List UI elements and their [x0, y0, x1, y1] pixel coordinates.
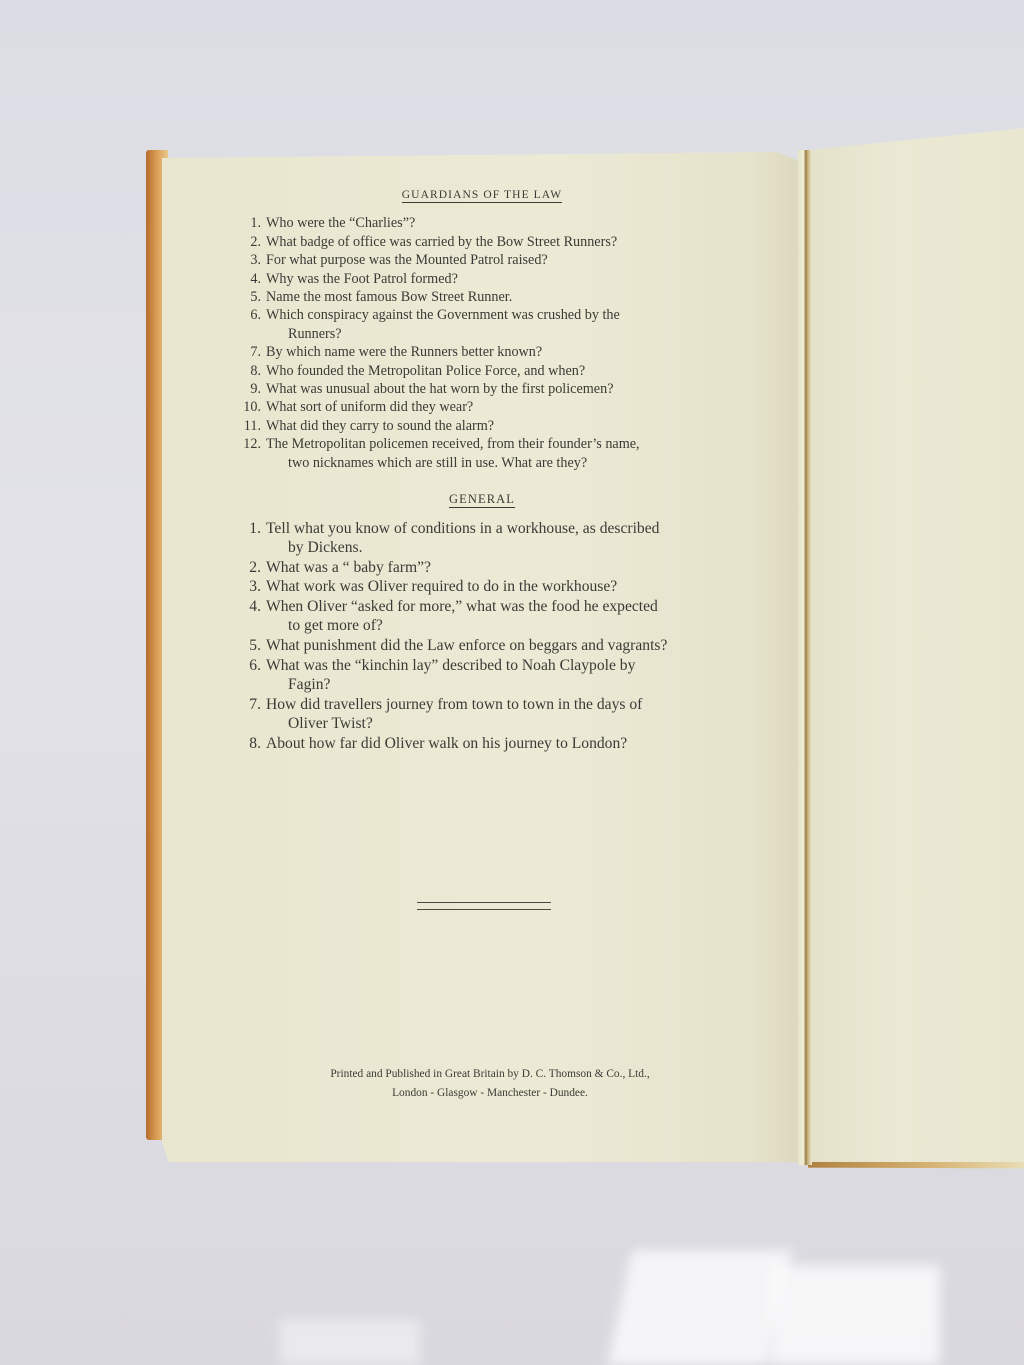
question-line: What work was Oliver required to do in t…	[266, 578, 617, 595]
question-continuation: Runners?	[266, 325, 742, 343]
question-number: 1.	[222, 519, 266, 539]
question-line: For what purpose was the Mounted Patrol …	[266, 252, 548, 268]
double-rule-divider	[417, 902, 551, 910]
question-text: What badge of office was carried by the …	[266, 233, 742, 251]
question-item: 3.What work was Oliver required to do in…	[222, 577, 762, 597]
question-number: 8.	[222, 734, 266, 754]
question-continuation: by Dickens.	[266, 538, 762, 558]
light-patch	[280, 1320, 420, 1365]
question-continuation: two nicknames which are still in use. Wh…	[266, 454, 742, 472]
question-list-guardians: 1.Who were the “Charlies”?2.What badge o…	[222, 214, 742, 472]
question-item: 1.Tell what you know of conditions in a …	[222, 519, 762, 558]
question-item: 4.When Oliver “asked for more,” what was…	[222, 597, 762, 636]
question-text: About how far did Oliver walk on his jou…	[266, 734, 762, 754]
question-text: What was unusual about the hat worn by t…	[266, 380, 742, 398]
question-number: 10.	[222, 398, 266, 416]
question-number: 5.	[222, 636, 266, 656]
question-text: What sort of uniform did they wear?	[266, 398, 742, 416]
question-text: What was the “kinchin lay” described to …	[266, 656, 762, 695]
question-item: 1.Who were the “Charlies”?	[222, 214, 742, 232]
question-text: When Oliver “asked for more,” what was t…	[266, 597, 762, 636]
question-number: 2.	[222, 558, 266, 578]
question-text: Name the most famous Bow Street Runner.	[266, 288, 742, 306]
right-page	[810, 128, 1024, 1162]
question-line: What was the “kinchin lay” described to …	[266, 657, 635, 674]
question-number: 9.	[222, 380, 266, 398]
question-number: 1.	[222, 214, 266, 232]
question-line: Who were the “Charlies”?	[266, 215, 415, 231]
question-line: The Metropolitan policemen received, fro…	[266, 436, 640, 452]
question-text: Why was the Foot Patrol formed?	[266, 270, 742, 288]
question-number: 2.	[222, 233, 266, 251]
imprint-line-2: London - Glasgow - Manchester - Dundee.	[250, 1084, 730, 1103]
section-heading: GENERAL	[449, 492, 515, 508]
question-line: What sort of uniform did they wear?	[266, 399, 473, 415]
question-item: 12.The Metropolitan policemen received, …	[222, 435, 742, 472]
light-patch	[770, 1265, 940, 1365]
page-content: GUARDIANS OF THE LAW 1.Who were the “Cha…	[222, 186, 742, 754]
section-title-guardians: GUARDIANS OF THE LAW	[222, 186, 742, 204]
question-line: Tell what you know of conditions in a wo…	[266, 520, 659, 537]
question-item: 7.By which name were the Runners better …	[222, 343, 742, 361]
question-continuation: Oliver Twist?	[266, 714, 762, 734]
question-number: 6.	[222, 306, 266, 324]
question-continuation: to get more of?	[266, 616, 762, 636]
question-line: Who founded the Metropolitan Police Forc…	[266, 363, 585, 379]
question-number: 7.	[222, 343, 266, 361]
question-item: 4.Why was the Foot Patrol formed?	[222, 270, 742, 288]
printer-imprint: Printed and Published in Great Britain b…	[250, 1065, 730, 1103]
question-number: 6.	[222, 656, 266, 676]
section-heading: GUARDIANS OF THE LAW	[402, 189, 562, 203]
question-number: 7.	[222, 695, 266, 715]
question-number: 12.	[222, 435, 266, 453]
question-text: How did travellers journey from town to …	[266, 695, 762, 734]
question-text: Tell what you know of conditions in a wo…	[266, 519, 762, 558]
question-number: 3.	[222, 577, 266, 597]
question-item: 6.Which conspiracy against the Governmen…	[222, 306, 742, 343]
question-text: What work was Oliver required to do in t…	[266, 577, 762, 597]
question-line: What was unusual about the hat worn by t…	[266, 381, 614, 397]
book-spine-gutter	[798, 150, 812, 1165]
question-continuation: Fagin?	[266, 675, 762, 695]
question-item: 6.What was the “kinchin lay” described t…	[222, 656, 762, 695]
question-item: 3.For what purpose was the Mounted Patro…	[222, 251, 742, 269]
question-number: 11.	[222, 417, 266, 435]
question-line: About how far did Oliver walk on his jou…	[266, 735, 627, 752]
question-line: What was a “ baby farm”?	[266, 559, 431, 576]
question-item: 10.What sort of uniform did they wear?	[222, 398, 742, 416]
question-text: What did they carry to sound the alarm?	[266, 417, 742, 435]
question-item: 5.What punishment did the Law enforce on…	[222, 636, 762, 656]
question-item: 8.About how far did Oliver walk on his j…	[222, 734, 762, 754]
question-number: 3.	[222, 251, 266, 269]
question-line: What badge of office was carried by the …	[266, 234, 617, 250]
light-patch	[608, 1250, 792, 1365]
question-list-general: 1.Tell what you know of conditions in a …	[222, 519, 762, 754]
question-line: Which conspiracy against the Government …	[266, 307, 620, 323]
question-item: 11.What did they carry to sound the alar…	[222, 417, 742, 435]
question-line: Why was the Foot Patrol formed?	[266, 271, 458, 287]
question-number: 4.	[222, 270, 266, 288]
question-text: For what purpose was the Mounted Patrol …	[266, 251, 742, 269]
question-number: 8.	[222, 362, 266, 380]
imprint-line-1: Printed and Published in Great Britain b…	[250, 1065, 730, 1084]
question-line: By which name were the Runners better kn…	[266, 344, 542, 360]
question-item: 7.How did travellers journey from town t…	[222, 695, 762, 734]
question-line: What did they carry to sound the alarm?	[266, 418, 494, 434]
question-item: 2.What was a “ baby farm”?	[222, 558, 762, 578]
question-text: By which name were the Runners better kn…	[266, 343, 742, 361]
question-line: What punishment did the Law enforce on b…	[266, 637, 667, 654]
question-text: What was a “ baby farm”?	[266, 558, 762, 578]
question-text: What punishment did the Law enforce on b…	[266, 636, 762, 656]
section-title-general: GENERAL	[222, 490, 742, 508]
question-text: Which conspiracy against the Government …	[266, 306, 742, 343]
question-item: 2.What badge of office was carried by th…	[222, 233, 742, 251]
question-line: When Oliver “asked for more,” what was t…	[266, 598, 658, 615]
question-text: The Metropolitan policemen received, fro…	[266, 435, 742, 472]
question-item: 5.Name the most famous Bow Street Runner…	[222, 288, 742, 306]
question-number: 5.	[222, 288, 266, 306]
question-line: Name the most famous Bow Street Runner.	[266, 289, 512, 305]
question-line: How did travellers journey from town to …	[266, 696, 642, 713]
question-text: Who were the “Charlies”?	[266, 214, 742, 232]
question-text: Who founded the Metropolitan Police Forc…	[266, 362, 742, 380]
question-number: 4.	[222, 597, 266, 617]
question-item: 8.Who founded the Metropolitan Police Fo…	[222, 362, 742, 380]
question-item: 9.What was unusual about the hat worn by…	[222, 380, 742, 398]
